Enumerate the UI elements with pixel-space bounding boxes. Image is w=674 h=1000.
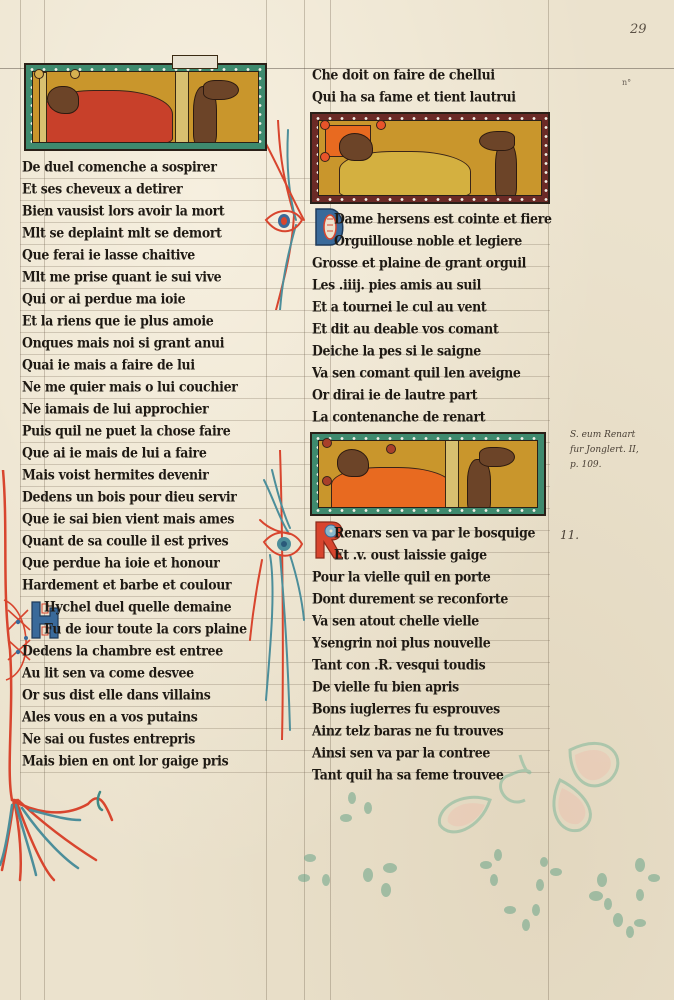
- verse-line: Qui ha sa fame et tient lautrui: [312, 85, 562, 109]
- marginal-note-line: S. eum Renart: [570, 428, 674, 443]
- bedpost: [39, 72, 47, 143]
- verse-line: De duel comenche a sospirer: [22, 155, 272, 179]
- tower-battlement: [172, 55, 218, 69]
- marginal-note-line: p. 109.: [570, 458, 674, 473]
- text-column-right-top: Che doit on faire de chellui Qui ha sa f…: [312, 64, 562, 108]
- verse-line: Ysengrin noi plus nouvelle: [312, 631, 562, 655]
- verse-line: Bien vausist lors avoir la mort: [22, 199, 272, 223]
- standing-beast-head: [203, 80, 239, 100]
- verse-line: Puis quil ne puet la chose faire: [22, 419, 272, 443]
- verse-line: Hardement et barbe et coulour: [22, 573, 272, 597]
- miniature-field: [318, 120, 542, 196]
- verse-line: Ne me quier mais o lui couchier: [22, 375, 272, 399]
- verse-line: Or sus dist elle dans villains: [22, 683, 272, 707]
- verse-line: Mais voist hermites devenir: [22, 463, 272, 487]
- manuscript-folio: 29 n° S. eum Renart fur Jonglert. II, p.…: [0, 0, 674, 1000]
- bed-knob: [322, 476, 332, 486]
- verse-line: Ne sai ou fustes entrepris: [22, 727, 272, 751]
- verse-line: Mlt se deplaint mlt se demort: [22, 221, 272, 245]
- bed-knob: [386, 444, 396, 454]
- verse-line: Et la riens que ie plus amoie: [22, 309, 272, 333]
- verse-line: La contenanche de renart: [312, 405, 562, 429]
- miniature-bed-scene-orange: [310, 432, 546, 516]
- verse-line: Que ferai ie lasse chaitive: [22, 243, 272, 267]
- beast-in-bed: [47, 86, 79, 114]
- verse-line: Tant con .R. vesqui toudis: [312, 653, 562, 677]
- verse-line: Va sen atout chelle vielle: [312, 609, 562, 633]
- verse-line: Et ses cheveux a detirer: [22, 177, 272, 201]
- verse-line: Deiche la pes si le saigne: [312, 339, 562, 363]
- verse-line: Che doit on faire de chellui: [312, 63, 562, 87]
- beast-in-bed: [337, 449, 369, 477]
- verse-line: Mais bien en ont lor gaige pris: [22, 749, 272, 773]
- verse-line: Grosse et plaine de grant orguil: [312, 251, 562, 275]
- verse-line: Quai ie mais a faire de lui: [22, 353, 272, 377]
- marginal-line-number: 11.: [560, 528, 579, 542]
- standing-beast-head: [479, 447, 515, 467]
- verse-line: Que ie sai bien vient mais ames: [22, 507, 272, 531]
- miniature-bed-scene-yellow: [310, 112, 550, 204]
- verse-line: Les .iiij. pies amis au suil: [312, 273, 562, 297]
- verse-line: Tant quil ha sa feme trouvee: [312, 763, 562, 787]
- verse-line: Dont durement se reconforte: [312, 587, 562, 611]
- verse-line: Ainz telz baras ne fu trouves: [312, 719, 562, 743]
- marginal-note: S. eum Renart fur Jonglert. II, p. 109.: [570, 428, 674, 473]
- miniature-bed-scene-red: [24, 63, 267, 151]
- verse-line: Va sen comant quil len aveigne: [312, 361, 562, 385]
- verse-line: Pour la vielle quil en porte: [312, 565, 562, 589]
- verse-line: Dame hersens est cointe et fiere: [312, 207, 562, 231]
- bed-knob: [70, 69, 80, 79]
- standing-wolf-head: [479, 131, 515, 151]
- verse-line: Dedens un bois pour dieu servir: [22, 485, 272, 509]
- verse-line: Or dirai ie de lautre part: [312, 383, 562, 407]
- bed-knob: [320, 120, 330, 130]
- verse-line: Mlt me prise quant ie sui vive: [22, 265, 272, 289]
- tower-column: [445, 440, 459, 508]
- verse-line: Ales vous en a vos putains: [22, 705, 272, 729]
- verse-line: De vielle fu bien apris: [312, 675, 562, 699]
- miniature-field: [32, 71, 259, 143]
- bed-knob: [322, 438, 332, 448]
- verse-line: Ne iamais de lui approchier: [22, 397, 272, 421]
- verse-line: Bons iuglerres fu esprouves: [312, 697, 562, 721]
- verse-line: Qui or ai perdue ma ioie: [22, 287, 272, 311]
- bed-knob: [34, 69, 44, 79]
- folio-number: 29: [630, 22, 647, 37]
- verse-line: Dedens la chambre est entree: [22, 639, 272, 663]
- corner-mark: n°: [622, 78, 631, 87]
- verse-line: Et dit au deable vos comant: [312, 317, 562, 341]
- beast-in-bed: [339, 133, 373, 161]
- marginal-note-line: fur Jonglert. II,: [570, 443, 674, 458]
- bed-knob: [320, 152, 330, 162]
- verse-line: Et .v. oust laissie gaige: [312, 543, 562, 567]
- verse-line: Quant de sa coulle il est prives: [22, 529, 272, 553]
- verse-line: Renars sen va par le bosquige: [312, 521, 562, 545]
- tower-column: [175, 71, 189, 143]
- verse-line: Au lit sen va come desvee: [22, 661, 272, 685]
- text-column-right-bottom: Renars sen va par le bosquige Et .v. ous…: [312, 522, 562, 786]
- verse-line: Fu de iour toute la cors plaine: [22, 617, 272, 641]
- text-column-right-middle: Dame hersens est cointe et fiere Orguill…: [312, 208, 562, 428]
- verse-line: Ainsi sen va par la contree: [312, 741, 562, 765]
- verse-line: Que perdue ha ioie et honour: [22, 551, 272, 575]
- verse-line: Orguillouse noble et legiere: [312, 229, 562, 253]
- verse-line: Que ai ie mais de lui a faire: [22, 441, 272, 465]
- verse-line: Hychel duel quelle demaine: [22, 595, 272, 619]
- verse-line: Et a tournei le cul au vent: [312, 295, 562, 319]
- bed-knob: [376, 120, 386, 130]
- verse-line: Onques mais noi si grant anui: [22, 331, 272, 355]
- miniature-field: [318, 440, 538, 508]
- text-column-left: De duel comenche a sospirer Et ses cheve…: [22, 156, 272, 772]
